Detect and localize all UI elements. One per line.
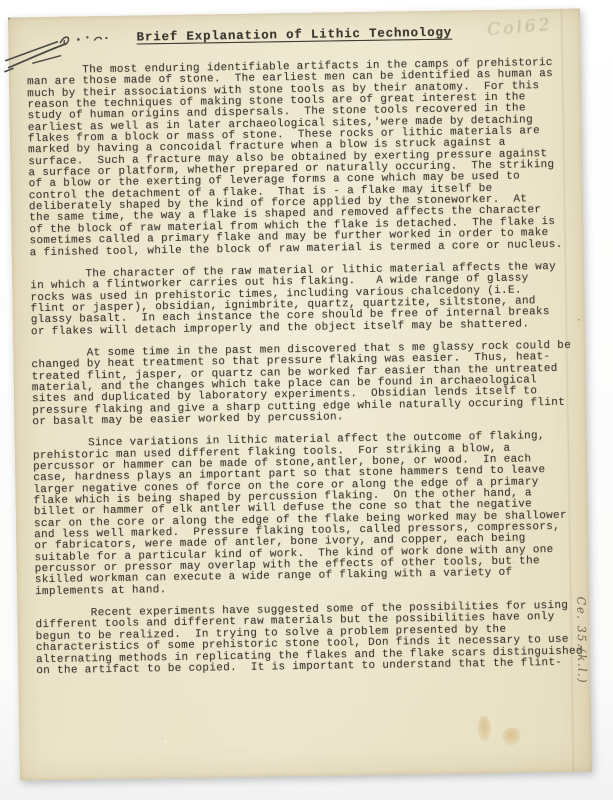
margin-note-vertical: Ce. 35.(k.l.) — [574, 596, 590, 736]
document-body: The most enduring identifiable artifacts… — [27, 58, 585, 689]
document-page: Col62 Brief Explanation of Lithic Techno… — [8, 9, 592, 781]
paragraph-2: The character of the raw material or lit… — [30, 261, 579, 338]
paper-stain — [477, 716, 491, 742]
paragraph-4: Since variations in lithic material affe… — [33, 431, 583, 598]
paragraph-5: Recent experiments have suggested some o… — [35, 601, 584, 678]
paper-stain — [501, 728, 521, 746]
paper-specks — [8, 18, 10, 20]
paragraph-1: The most enduring identifiable artifacts… — [27, 58, 578, 259]
paragraph-3: At some time in the past men discovered … — [31, 341, 580, 429]
scan-background: Col62 Brief Explanation of Lithic Techno… — [0, 0, 613, 800]
